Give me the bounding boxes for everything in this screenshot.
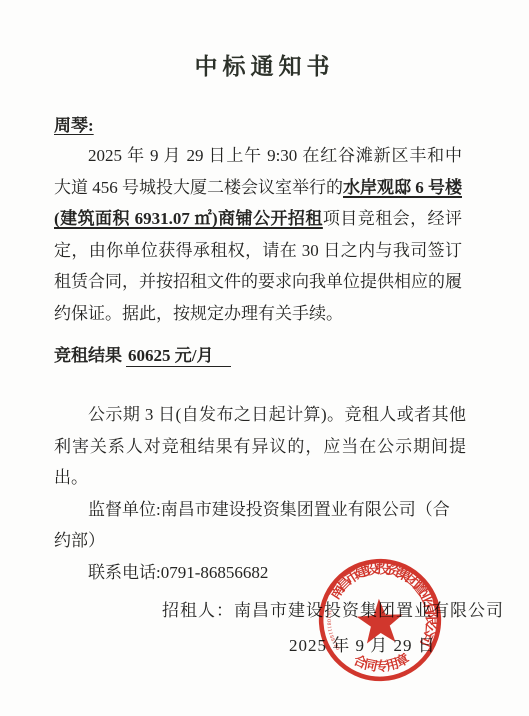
recipient-name: 周琴: (54, 111, 94, 136)
body-paragraph-1: 2025 年 9 月 29 日上午 9:30 在红谷滩新区丰和中大道 456 号… (54, 140, 462, 330)
document-page: 中标通知书 周琴: 2025 年 9 月 29 日上午 9:30 在红谷滩新区丰… (0, 0, 529, 716)
bid-result-label: 竞租结果 (54, 346, 122, 365)
company-seal-stamp: 南昌市建设投资集团置业有限公司 合同专用章 3610811188780 (307, 547, 452, 692)
supervisor-line: 监督单位:南昌市建设投资集团置业有限公司（合约部） (54, 494, 466, 557)
document-title: 中标通知书 (0, 48, 529, 81)
public-notice-paragraph: 公示期 3 日(自发布之日起计算)。竞租人或者其他利害关系人对竞租结果有异议的，… (54, 399, 466, 494)
seal-type-text: 合同专用章 (351, 649, 413, 676)
seal-company-name: 南昌市建设投资集团置业有限公司 (325, 557, 442, 655)
bid-result-line: 竞租结果60625 元/月 (54, 341, 231, 366)
bid-result-value: 60625 元/月 (126, 346, 231, 367)
seal-star-icon (356, 598, 405, 644)
